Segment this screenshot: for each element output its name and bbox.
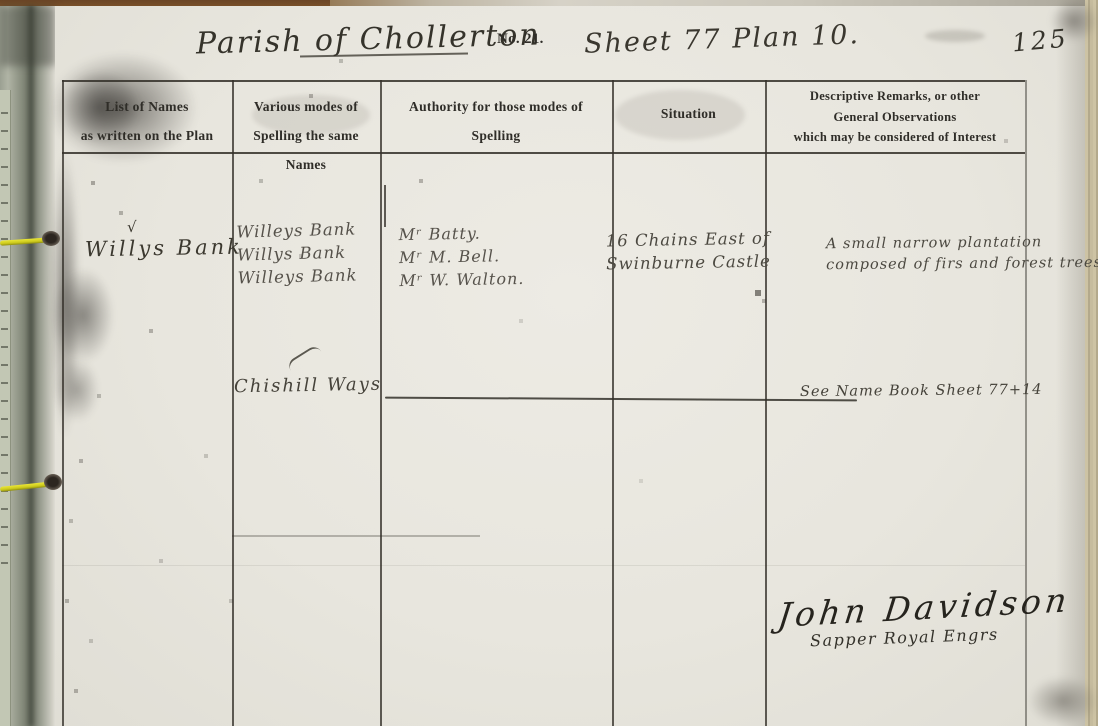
colhead-remarks-line1: Descriptive Remarks, or other (765, 86, 1025, 107)
page-stack-edge (1085, 0, 1098, 726)
table-headerbottom-rule (62, 152, 1025, 154)
colhead-authority-line1: Authority for those modes of (380, 92, 612, 121)
entry1-authority-2: Mʳ M. Bell. (399, 244, 524, 269)
stray-ink-vertical (384, 185, 386, 227)
entry1-remarks-line2: composed of firs and forest trees. (826, 253, 1098, 276)
colhead-remarks-line2: General Observations (765, 107, 1025, 128)
bleedthrough-near-pagenumber (925, 30, 985, 42)
dust-speckles (0, 0, 2, 2)
entry1-remarks-line1: A small narrow plantation (826, 232, 1098, 255)
entry1-situation: 16 Chains East of Swinburne Castle (606, 227, 771, 276)
colhead-names-line1: List of Names (62, 92, 232, 121)
entry1-authorities: Mʳ Batty. Mʳ M. Bell. Mʳ W. Walton. (398, 221, 524, 292)
colhead-spelling-modes: Various modes of Spelling the same Names (232, 92, 380, 179)
entry2-plan-name: Chishill Ways (234, 374, 382, 398)
entry1-remarks: A small narrow plantation composed of fi… (826, 232, 1098, 276)
entry1-authority-1: Mʳ Batty. (398, 221, 523, 246)
colhead-remarks-line3: which may be considered of Interest (765, 127, 1025, 148)
table-col5-rule (765, 80, 767, 726)
scanned-register-page: Parish of Chollerton No. 21. Sheet 77 Pl… (0, 0, 1098, 726)
entry1-spelling-2: Willys Bank (237, 240, 357, 266)
entry1-authority-3: Mʳ W. Walton. (399, 267, 524, 292)
table-col4-rule (612, 80, 614, 726)
entry2-remark: See Name Book Sheet 77+14 (800, 382, 1043, 400)
faint-bleed-rule (62, 565, 1025, 566)
entry1-spelling-1: Willeys Bank (236, 217, 356, 243)
ruler-tick-marks (1, 96, 8, 566)
colhead-names: List of Names as written on the Plan (62, 92, 232, 150)
entry1-check-mark: √ (127, 218, 138, 236)
gutter-crease (26, 6, 36, 726)
table-top-rule (62, 80, 1025, 82)
gutter-top-shadow (0, 6, 56, 66)
page-number: 125 (1011, 24, 1070, 58)
entry1-plan-name: Willys Bank (85, 235, 243, 262)
colhead-situation: Situation (612, 106, 765, 122)
colhead-authority-line2: Spelling (380, 121, 612, 150)
colhead-authority: Authority for those modes of Spelling (380, 92, 612, 150)
table-left-rule (62, 80, 64, 726)
table-right-rule (1025, 80, 1027, 726)
faint-partial-rule (232, 535, 480, 537)
colhead-spelling-modes-line1: Various modes of (232, 92, 380, 121)
colhead-names-line2: as written on the Plan (62, 121, 232, 150)
colhead-remarks: Descriptive Remarks, or other General Ob… (765, 86, 1025, 148)
stitch-hole-top (42, 231, 60, 246)
bottom-right-corner-stain (1028, 676, 1098, 726)
entry1-situation-line1: 16 Chains East of (606, 227, 771, 253)
table-col3-rule (380, 80, 382, 726)
entry1-spellings: Willeys Bank Willys Bank Willeys Bank (236, 217, 358, 289)
colhead-spelling-modes-line2: Spelling the same Names (232, 121, 380, 179)
sheet-number-label: No. 21. (497, 31, 544, 48)
entry1-spelling-3: Willeys Bank (237, 263, 357, 289)
entry1-situation-line2: Swinburne Castle (606, 250, 771, 276)
stitch-hole-bottom (44, 474, 62, 490)
